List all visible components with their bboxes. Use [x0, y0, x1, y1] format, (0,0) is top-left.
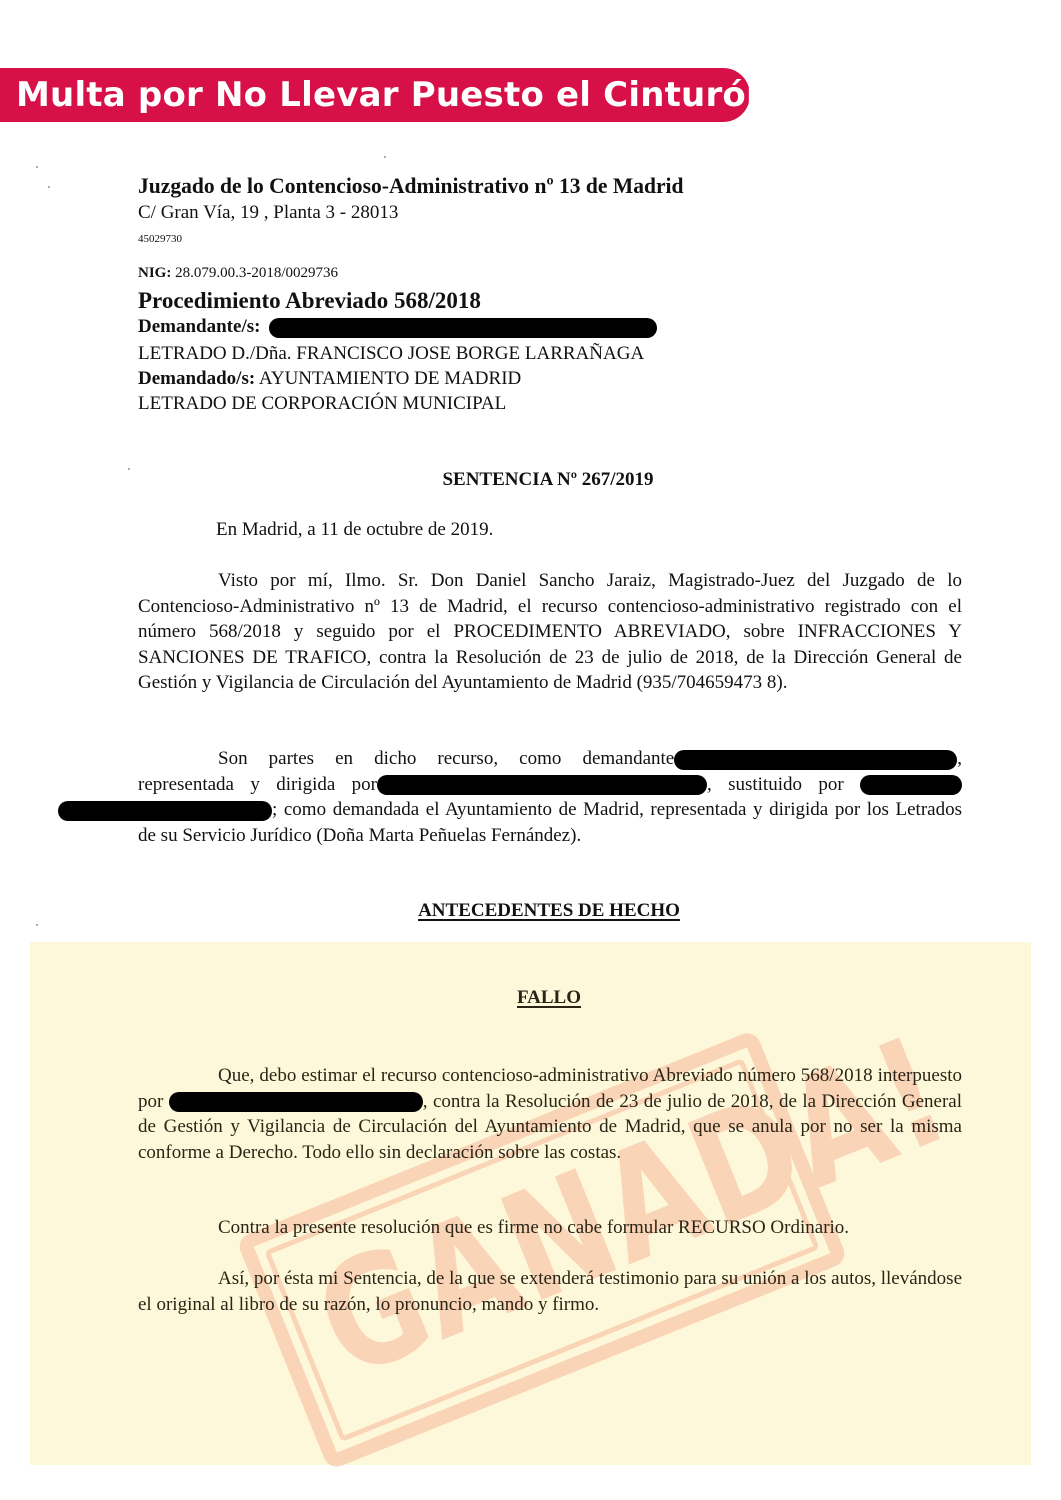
court-code: 45029730	[138, 233, 182, 245]
partes-text-4: , sustituido por	[707, 774, 844, 795]
title-banner: Multa por No Llevar Puesto el Cinturón	[0, 68, 750, 122]
fallo-paragraph-3: Así, por ésta mi Sentencia, de la que se…	[138, 1266, 962, 1317]
nig-line: NIG: 28.079.00.3-2018/0029736	[138, 265, 338, 282]
defendant-lawyer: LETRADO DE CORPORACIÓN MUNICIPAL	[138, 393, 506, 415]
nig-value: 28.079.00.3-2018/0029736	[175, 265, 338, 281]
plaintiff-line: Demandante/s:	[138, 316, 657, 338]
fallo-paragraph-1: Que, debo estimar el recurso contencioso…	[138, 1063, 962, 1165]
redacted-substitute-2	[58, 801, 272, 821]
partes-paragraph: Son partes en dicho recurso, como demand…	[138, 746, 962, 848]
sentencia-title: SENTENCIA Nº 267/2019	[0, 469, 1061, 491]
redacted-substitute-1	[860, 775, 962, 795]
redacted-appellant	[169, 1092, 423, 1112]
redacted-representative	[377, 775, 707, 795]
partes-text-2: ,	[957, 748, 962, 769]
plaintiff-lawyer: LETRADO D./Dña. FRANCISCO JOSE BORGE LAR…	[138, 343, 644, 365]
plaintiff-label: Demandante/s:	[138, 316, 260, 337]
defendant-label: Demandado/s:	[138, 368, 255, 389]
partes-text-1: Son partes en dicho recurso, como demand…	[218, 748, 674, 769]
antecedentes-title: ANTECEDENTES DE HECHO	[0, 900, 1061, 922]
visto-paragraph: Visto por mí, Ilmo. Sr. Don Daniel Sanch…	[138, 568, 962, 696]
defendant-value: AYUNTAMIENTO DE MADRID	[259, 368, 521, 389]
fallo-highlight-box	[30, 942, 1031, 1465]
court-name: Juzgado de lo Contencioso-Administrativo…	[138, 173, 684, 199]
redacted-demandante	[674, 750, 957, 770]
partes-text-3: representada y dirigida por	[138, 774, 377, 795]
defendant-line: Demandado/s: AYUNTAMIENTO DE MADRID	[138, 368, 521, 390]
date-line: En Madrid, a 11 de octubre de 2019.	[216, 519, 493, 541]
fallo-paragraph-2: Contra la presente resolución que es fir…	[138, 1215, 962, 1241]
redacted-plaintiff	[269, 318, 657, 338]
procedure-number: Procedimiento Abreviado 568/2018	[138, 288, 481, 314]
court-address: C/ Gran Vía, 19 , Planta 3 - 28013	[138, 202, 398, 224]
nig-label: NIG:	[138, 265, 171, 281]
fallo-title: FALLO	[0, 987, 1061, 1009]
banner-title: Multa por No Llevar Puesto el Cinturón	[16, 75, 770, 115]
